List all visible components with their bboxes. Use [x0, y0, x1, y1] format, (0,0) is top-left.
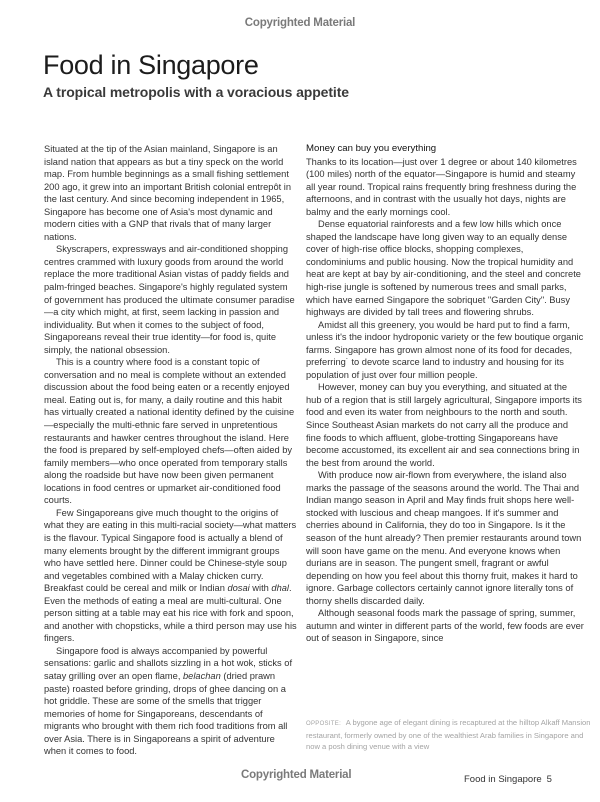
text-run: Few Singaporeans give much thought to th…	[44, 508, 296, 593]
italic-term-dosai: dosai	[227, 583, 249, 593]
right-column: Money can buy you everything Thanks to i…	[306, 143, 584, 645]
paragraph: Amidst all this greenery, you would be h…	[306, 319, 584, 382]
left-column: Situated at the tip of the Asian mainlan…	[44, 143, 297, 758]
paragraph: Skyscrapers, expressways and air-conditi…	[44, 243, 297, 356]
italic-term-dhal: dhal	[271, 583, 289, 593]
paragraph: Singapore food is always accompanied by …	[44, 645, 297, 758]
caption-text: A bygone age of elegant dining is recapt…	[306, 718, 590, 751]
page-number: 5	[547, 774, 552, 785]
page-subtitle: A tropical metropolis with a voracious a…	[43, 84, 349, 100]
paragraph: Dense equatorial rainforests and a few l…	[306, 218, 584, 318]
copyright-watermark-bottom: Copyrighted Material	[241, 769, 351, 781]
paragraph: Thanks to its location—just over 1 degre…	[306, 156, 584, 219]
copyright-watermark-top: Copyrighted Material	[0, 17, 600, 29]
section-subheading: Money can buy you everything	[306, 143, 584, 156]
paragraph: Although seasonal foods mark the passage…	[306, 607, 584, 645]
text-run: with	[250, 583, 272, 593]
paragraph: With produce now air-flown from everywhe…	[306, 469, 584, 607]
italic-term-belachan: belachan	[183, 671, 221, 681]
paragraph: However, money can buy you everything, a…	[306, 381, 584, 469]
caption-label: opposite:	[306, 721, 341, 727]
paragraph: This is a country where food is a consta…	[44, 356, 297, 507]
photo-caption: opposite: A bygone age of elegant dining…	[306, 717, 591, 753]
page-title: Food in Singapore	[43, 50, 259, 81]
text-run: (dried prawn paste) roasted before grind…	[44, 671, 287, 756]
footer-title: Food in Singapore	[464, 774, 542, 785]
paragraph: Situated at the tip of the Asian mainlan…	[44, 143, 297, 243]
paragraph: Few Singaporeans give much thought to th…	[44, 507, 297, 645]
running-footer: Food in Singapore5	[464, 774, 552, 785]
